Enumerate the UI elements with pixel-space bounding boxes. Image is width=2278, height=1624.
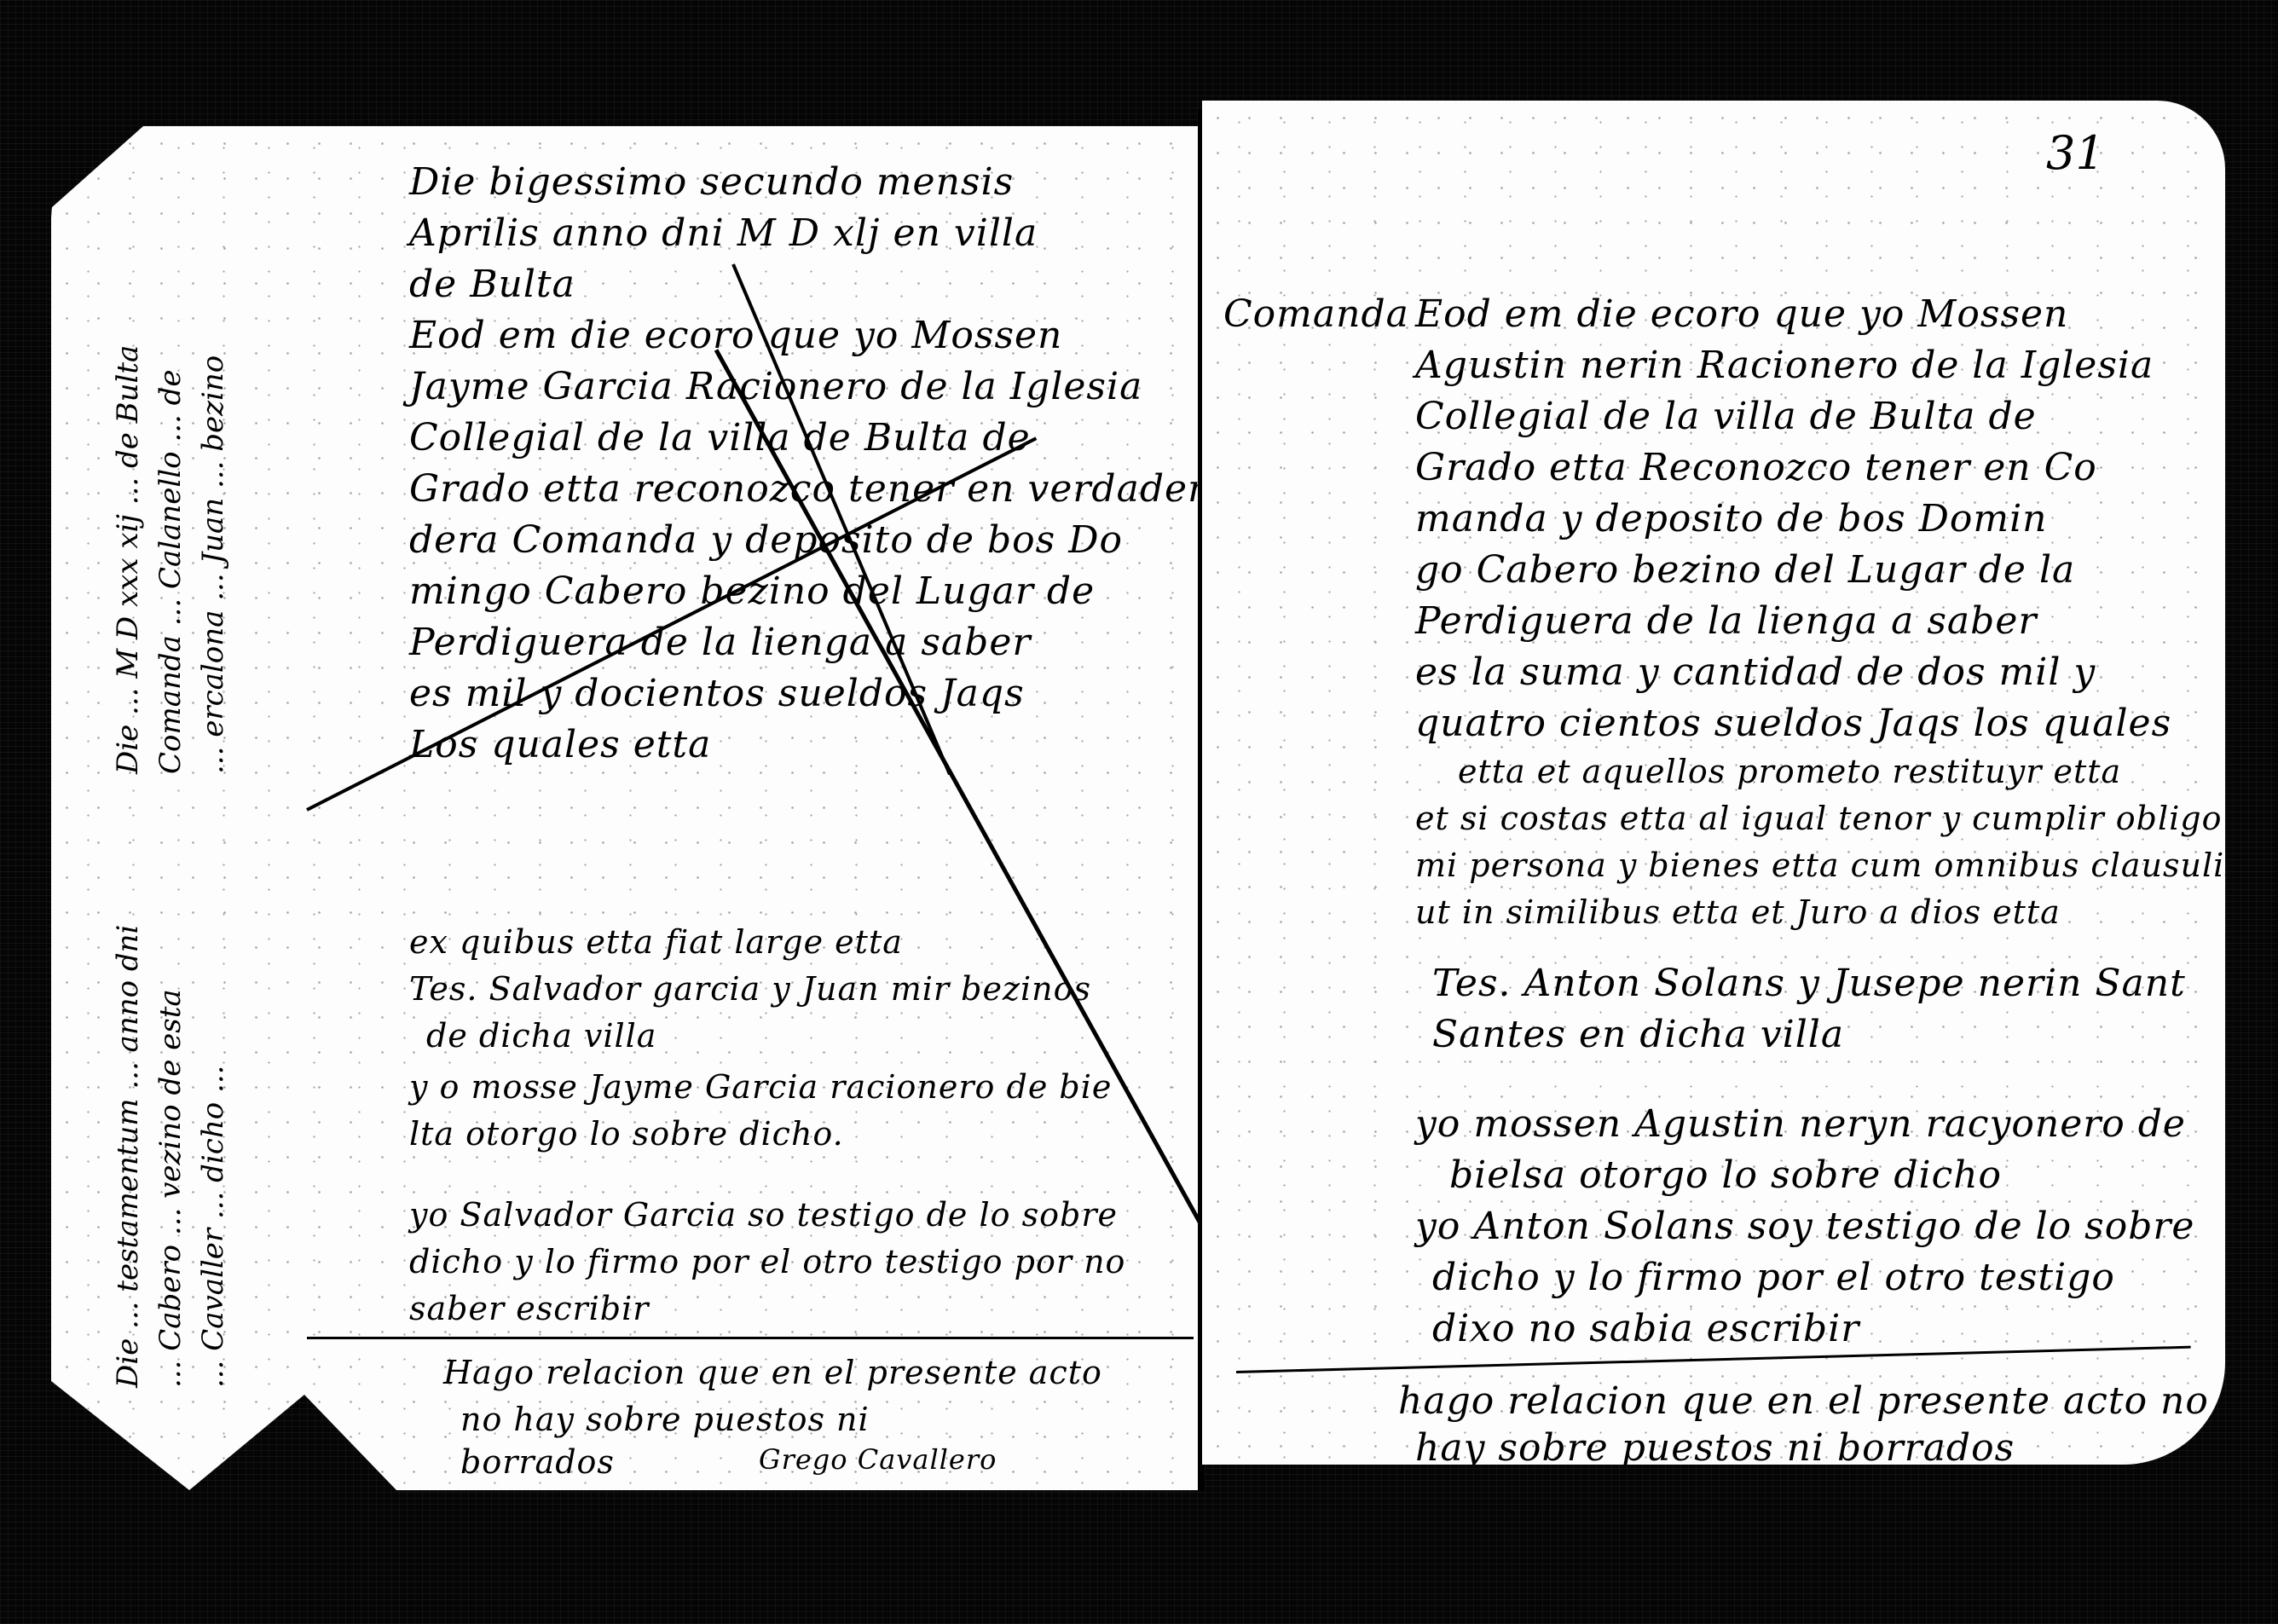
witness-line: ex quibus etta fiat large etta [409,923,903,961]
right-page: 31 Comanda Eod em die ecoro que yo Mosse… [1202,101,2225,1465]
body-line: Eod em die ecoro que yo Mossen [1415,292,2068,336]
signature-line: dicho y lo firmo por el otro testigo [1432,1256,2115,1299]
signature-line: yo mossen Agustin neryn racyonero de [1415,1102,2186,1146]
closing-line: Hago relacion que en el presente acto [443,1354,1102,1391]
signature-line: dixo no sabia escribir [1432,1307,1859,1350]
divider-rule [307,1337,1194,1339]
witness-line: de dicha villa [426,1017,656,1055]
margin-note-vertical-lower-1: Die ... testamentum ... anno dni [111,925,145,1388]
closing-line: hago relacion que en el presente acto no [1398,1379,2209,1423]
body-line: Los quales etta [409,723,711,766]
witness-line: Santes en dicha villa [1432,1013,1844,1056]
witness-line: yo Salvador Garcia so testigo de lo sobr… [409,1196,1118,1234]
body-line: Grado etta reconozco tener en verdadera [409,467,1202,511]
notary-signature: Grego Cavallero [759,1443,997,1476]
closing-line: no hay sobre puestos ni [460,1401,870,1438]
margin-note-vertical-lower-2: ... Cabero ... vezino de esta [153,989,188,1388]
body-line: et si costas etta al igual tenor y cumpl… [1415,800,2223,837]
body-line: Jayme Garcia Racionero de la Iglesia [409,365,1142,408]
body-line: Agustin nerin Racionero de la Iglesia [1415,344,2154,387]
margin-note-vertical-3: ... ercalona ... Juan ... bezino [196,355,230,774]
body-line: manda y deposito de bos Domin [1415,497,2048,540]
closing-line: borrados [460,1443,615,1481]
body-line: es la suma y cantidad de dos mil y [1415,650,2096,694]
folio-number: 31 [2046,126,2105,180]
body-line: Grado etta Reconozco tener en Co [1415,446,2097,489]
body-line: Collegial de la villa de Bulta de [409,416,1031,459]
margin-note-vertical-2: Comanda ... Calanello ... de [153,369,188,774]
body-line: Eod em die ecoro que yo Mossen [409,314,1062,357]
margin-note-vertical-lower-3: ... Cavaller ... dicho ... [196,1066,230,1388]
body-line: go Cabero bezino del Lugar de la [1415,548,2075,592]
body-line: quatro cientos sueldos Jaqs los quales [1415,702,2171,745]
witness-line: dicho y lo firmo por el otro testigo por… [409,1243,1125,1280]
body-line: Collegial de la villa de Bulta de [1415,395,2037,438]
body-line: de Bulta [409,263,575,306]
margin-note-vertical-1: Die ... M D xxx xij ... de Bulta [111,345,145,774]
body-line: Perdiguera de la lienga a saber [1415,599,2037,643]
signature-line: bielsa otorgo lo sobre dicho [1449,1153,2002,1197]
body-line: dera Comanda y deposito de bos Do [409,518,1123,562]
body-line: Die bigessimo secundo mensis [409,160,1014,204]
body-line: ut in similibus etta et Juro a dios etta [1415,893,2061,931]
closing-line: hay sobre puestos ni borrados [1415,1426,2015,1465]
body-line: Aprilis anno dni M D xlj en villa [409,211,1038,255]
body-line: mi persona y bienes etta cum omnibus cla… [1415,847,2225,884]
body-line: Perdiguera de la lienga a saber [409,621,1031,664]
witness-line: saber escribir [409,1290,649,1327]
witness-line: y o mosse Jayme Garcia racionero de bie [409,1068,1112,1106]
left-page: Die ... M D xxx xij ... de Bulta Comanda… [51,126,1202,1490]
body-line: mingo Cabero bezino del Lugar de [409,569,1095,613]
witness-line: Tes. Salvador garcia y Juan mir bezinos [409,970,1091,1008]
margin-label-comanda: Comanda [1223,292,1409,336]
witness-line: Tes. Anton Solans y Jusepe nerin Sant [1432,962,2186,1005]
manuscript-spread: Die ... M D xxx xij ... de Bulta Comanda… [51,101,2234,1550]
witness-line: lta otorgo lo sobre dicho. [409,1115,844,1153]
body-line: etta et aquellos prometo restituyr etta [1458,753,2121,790]
signature-line: yo Anton Solans soy testigo de lo sobre [1415,1205,2194,1248]
